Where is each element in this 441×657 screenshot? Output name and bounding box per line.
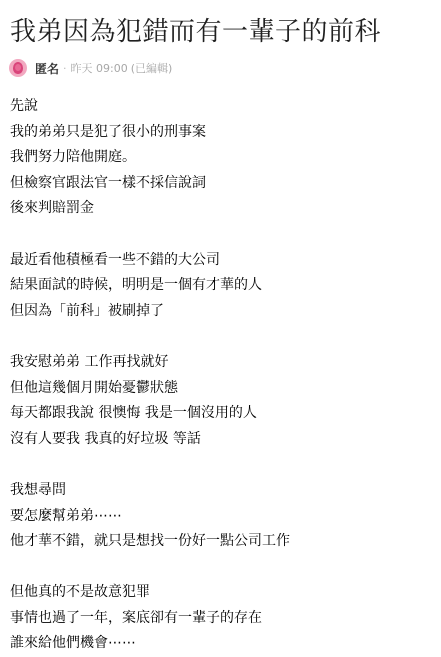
body-blank-line <box>10 324 430 350</box>
body-line: 但他這幾個月開始憂鬱狀態 <box>10 376 430 402</box>
body-line: 我安慰弟弟 工作再找就好 <box>10 350 430 376</box>
body-line: 事情也過了一年，案底卻有一輩子的存在 <box>10 606 430 632</box>
post-body: 先說 我的弟弟只是犯了很小的刑事案 我們努力陪他開庭。 但檢察官跟法官一樣不採信… <box>10 94 430 657</box>
body-line: 每天都跟我說 很懊悔 我是一個沒用的人 <box>10 401 430 427</box>
body-line: 最近看他積極看一些不錯的大公司 <box>10 248 430 274</box>
post-timestamp: 昨天 09:00 <box>71 60 128 76</box>
edited-label: (已編輯) <box>131 60 173 76</box>
body-line: 但他真的不是故意犯罪 <box>10 580 430 606</box>
body-blank-line <box>10 222 430 248</box>
body-line: 但檢察官跟法官一樣不採信說詞 <box>10 171 430 197</box>
body-line: 先說 <box>10 94 430 120</box>
body-blank-line <box>10 555 430 581</box>
author-name[interactable]: 匿名 <box>35 60 59 77</box>
body-line: 我想尋問 <box>10 478 430 504</box>
meta-separator: · <box>63 62 67 75</box>
body-line: 後來判賠罰金 <box>10 196 430 222</box>
female-avatar-icon[interactable] <box>9 59 27 77</box>
post-title: 我弟因為犯錯而有一輩子的前科 <box>10 14 381 50</box>
body-line: 他才華不錯，就只是想找一份好一點公司工作 <box>10 529 430 555</box>
body-line: 我們努力陪他開庭。 <box>10 145 430 171</box>
body-line: 沒有人要我 我真的好垃圾 等話 <box>10 427 430 453</box>
body-line: 我的弟弟只是犯了很小的刑事案 <box>10 120 430 146</box>
body-line: 誰來給他們機會⋯⋯ <box>10 631 430 657</box>
body-blank-line <box>10 452 430 478</box>
body-line: 要怎麼幫弟弟⋯⋯ <box>10 504 430 530</box>
body-line: 但因為「前科」被刷掉了 <box>10 299 430 325</box>
body-line: 結果面試的時候，明明是一個有才華的人 <box>10 273 430 299</box>
post-meta: 匿名 · 昨天 09:00 (已編輯) <box>9 58 172 78</box>
